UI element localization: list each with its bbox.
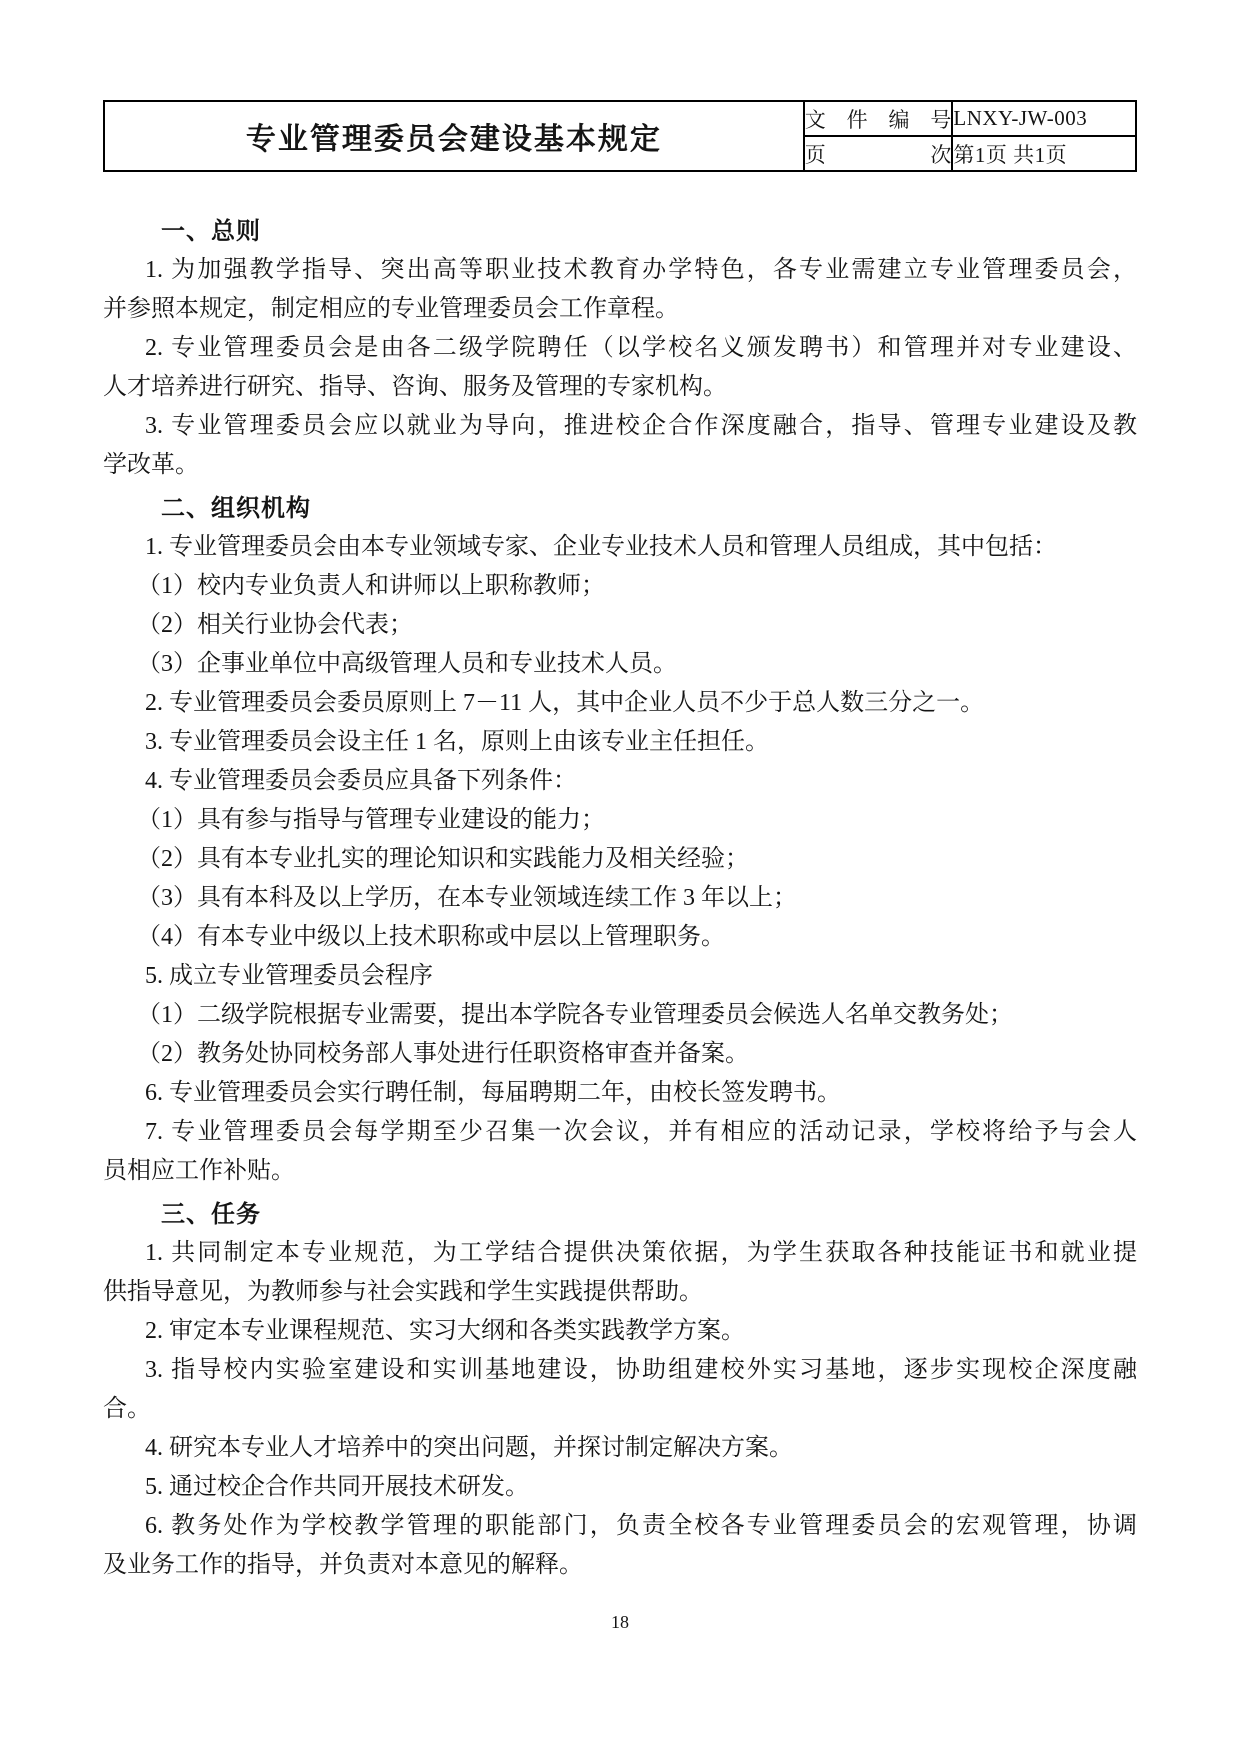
text-line: 7. 专业管理委员会每学期至少召集一次会议，并有相应的活动记录，学校将给予与会人 — [103, 1113, 1137, 1152]
document-title: 专业管理委员会建设基本规定 — [104, 101, 804, 171]
paragraph: 2. 专业管理委员会是由各二级学院聘任（以学校名义颁发聘书）和管理并对专业建设、… — [103, 329, 1137, 407]
paragraph: 3. 指导校内实验室建设和实训基地建设，协助组建校外实习基地，逐步实现校企深度融… — [103, 1351, 1137, 1429]
paragraph: 6. 专业管理委员会实行聘任制，每届聘期二年，由校长签发聘书。 — [103, 1074, 1137, 1113]
paragraph: 2. 审定本专业课程规范、实习大纲和各类实践教学方案。 — [103, 1312, 1137, 1351]
text-line: 3. 指导校内实验室建设和实训基地建设，协助组建校外实习基地，逐步实现校企深度融 — [103, 1351, 1137, 1390]
text-line: 1. 共同制定本专业规范，为工学结合提供决策依据，为学生获取各种技能证书和就业提 — [103, 1234, 1137, 1273]
text-line: 合。 — [103, 1390, 1137, 1429]
text-line: 2. 专业管理委员会委员原则上 7－11 人，其中企业人员不少于总人数三分之一。 — [103, 684, 1137, 723]
paragraph: 5. 成立专业管理委员会程序 — [103, 957, 1137, 996]
text-line: 3. 专业管理委员会应以就业为导向，推进校企合作深度融合，指导、管理专业建设及教 — [103, 407, 1137, 446]
text-line: 4. 研究本专业人才培养中的突出问题，并探讨制定解决方案。 — [103, 1429, 1137, 1468]
paragraph: 2. 专业管理委员会委员原则上 7－11 人，其中企业人员不少于总人数三分之一。 — [103, 684, 1137, 723]
text-line: （3）企事业单位中高级管理人员和专业技术人员。 — [103, 645, 1137, 684]
paragraph: 5. 通过校企合作共同开展技术研发。 — [103, 1468, 1137, 1507]
text-line: （2）相关行业协会代表； — [103, 606, 1137, 645]
paragraph: 1. 专业管理委员会由本专业领域专家、企业专业技术人员和管理人员组成，其中包括： — [103, 528, 1137, 567]
paragraph: 1. 共同制定本专业规范，为工学结合提供决策依据，为学生获取各种技能证书和就业提… — [103, 1234, 1137, 1312]
page-number-label: 页次 — [804, 136, 953, 171]
paragraph: （2）教务处协同校务部人事处进行任职资格审查并备案。 — [103, 1035, 1137, 1074]
text-line: （1）具有参与指导与管理专业建设的能力； — [103, 801, 1137, 840]
document-page: 专业管理委员会建设基本规定 文件编号 LNXY-JW-003 页次 第1页 共1… — [0, 0, 1240, 1753]
section-heading: 一、总则 — [103, 212, 1137, 251]
paragraph: 7. 专业管理委员会每学期至少召集一次会议，并有相应的活动记录，学校将给予与会人… — [103, 1113, 1137, 1191]
text-line: 并参照本规定，制定相应的专业管理委员会工作章程。 — [103, 290, 1137, 329]
header-row-1: 专业管理委员会建设基本规定 文件编号 LNXY-JW-003 — [104, 101, 1136, 136]
text-line: （2）教务处协同校务部人事处进行任职资格审查并备案。 — [103, 1035, 1137, 1074]
text-line: 1. 专业管理委员会由本专业领域专家、企业专业技术人员和管理人员组成，其中包括： — [103, 528, 1137, 567]
page-number-footer: 18 — [0, 1612, 1240, 1633]
paragraph: （2）相关行业协会代表； — [103, 606, 1137, 645]
text-line: 6. 专业管理委员会实行聘任制，每届聘期二年，由校长签发聘书。 — [103, 1074, 1137, 1113]
paragraph: 4. 研究本专业人才培养中的突出问题，并探讨制定解决方案。 — [103, 1429, 1137, 1468]
paragraph: （3）具有本科及以上学历，在本专业领域连续工作 3 年以上； — [103, 879, 1137, 918]
page-number-value: 第1页 共1页 — [952, 136, 1136, 171]
paragraph: （3）企事业单位中高级管理人员和专业技术人员。 — [103, 645, 1137, 684]
paragraph: （4）有本专业中级以上技术职称或中层以上管理职务。 — [103, 918, 1137, 957]
paragraph: 4. 专业管理委员会委员应具备下列条件： — [103, 762, 1137, 801]
paragraph: 3. 专业管理委员会设主任 1 名，原则上由该专业主任担任。 — [103, 723, 1137, 762]
text-line: （1）校内专业负责人和讲师以上职称教师； — [103, 567, 1137, 606]
paragraph: 6. 教务处作为学校教学管理的职能部门，负责全校各专业管理委员会的宏观管理，协调… — [103, 1507, 1137, 1585]
paragraph: （1）二级学院根据专业需要，提出本学院各专业管理委员会候选人名单交教务处； — [103, 996, 1137, 1035]
text-line: （3）具有本科及以上学历，在本专业领域连续工作 3 年以上； — [103, 879, 1137, 918]
text-line: 供指导意见，为教师参与社会实践和学生实践提供帮助。 — [103, 1273, 1137, 1312]
section-heading: 三、任务 — [103, 1195, 1137, 1234]
text-line: 6. 教务处作为学校教学管理的职能部门，负责全校各专业管理委员会的宏观管理，协调 — [103, 1507, 1137, 1546]
text-line: 1. 为加强教学指导、突出高等职业技术教育办学特色，各专业需建立专业管理委员会， — [103, 251, 1137, 290]
document-body: 一、总则1. 为加强教学指导、突出高等职业技术教育办学特色，各专业需建立专业管理… — [103, 212, 1137, 1585]
section-heading: 二、组织机构 — [103, 489, 1137, 528]
text-line: （1）二级学院根据专业需要，提出本学院各专业管理委员会候选人名单交教务处； — [103, 996, 1137, 1035]
paragraph: （2）具有本专业扎实的理论知识和实践能力及相关经验； — [103, 840, 1137, 879]
doc-number-value: LNXY-JW-003 — [952, 101, 1136, 136]
paragraph: （1）具有参与指导与管理专业建设的能力； — [103, 801, 1137, 840]
text-line: 3. 专业管理委员会设主任 1 名，原则上由该专业主任担任。 — [103, 723, 1137, 762]
doc-number-label: 文件编号 — [804, 101, 953, 136]
text-line: 5. 成立专业管理委员会程序 — [103, 957, 1137, 996]
text-line: 员相应工作补贴。 — [103, 1152, 1137, 1191]
text-line: （2）具有本专业扎实的理论知识和实践能力及相关经验； — [103, 840, 1137, 879]
text-line: 学改革。 — [103, 446, 1137, 485]
paragraph: （1）校内专业负责人和讲师以上职称教师； — [103, 567, 1137, 606]
paragraph: 3. 专业管理委员会应以就业为导向，推进校企合作深度融合，指导、管理专业建设及教… — [103, 407, 1137, 485]
text-line: 2. 专业管理委员会是由各二级学院聘任（以学校名义颁发聘书）和管理并对专业建设、 — [103, 329, 1137, 368]
text-line: （4）有本专业中级以上技术职称或中层以上管理职务。 — [103, 918, 1137, 957]
text-line: 5. 通过校企合作共同开展技术研发。 — [103, 1468, 1137, 1507]
content-area: 专业管理委员会建设基本规定 文件编号 LNXY-JW-003 页次 第1页 共1… — [103, 100, 1137, 1585]
paragraph: 1. 为加强教学指导、突出高等职业技术教育办学特色，各专业需建立专业管理委员会，… — [103, 251, 1137, 329]
header-table: 专业管理委员会建设基本规定 文件编号 LNXY-JW-003 页次 第1页 共1… — [103, 100, 1137, 172]
text-line: 人才培养进行研究、指导、咨询、服务及管理的专家机构。 — [103, 368, 1137, 407]
text-line: 及业务工作的指导，并负责对本意见的解释。 — [103, 1546, 1137, 1585]
text-line: 4. 专业管理委员会委员应具备下列条件： — [103, 762, 1137, 801]
text-line: 2. 审定本专业课程规范、实习大纲和各类实践教学方案。 — [103, 1312, 1137, 1351]
